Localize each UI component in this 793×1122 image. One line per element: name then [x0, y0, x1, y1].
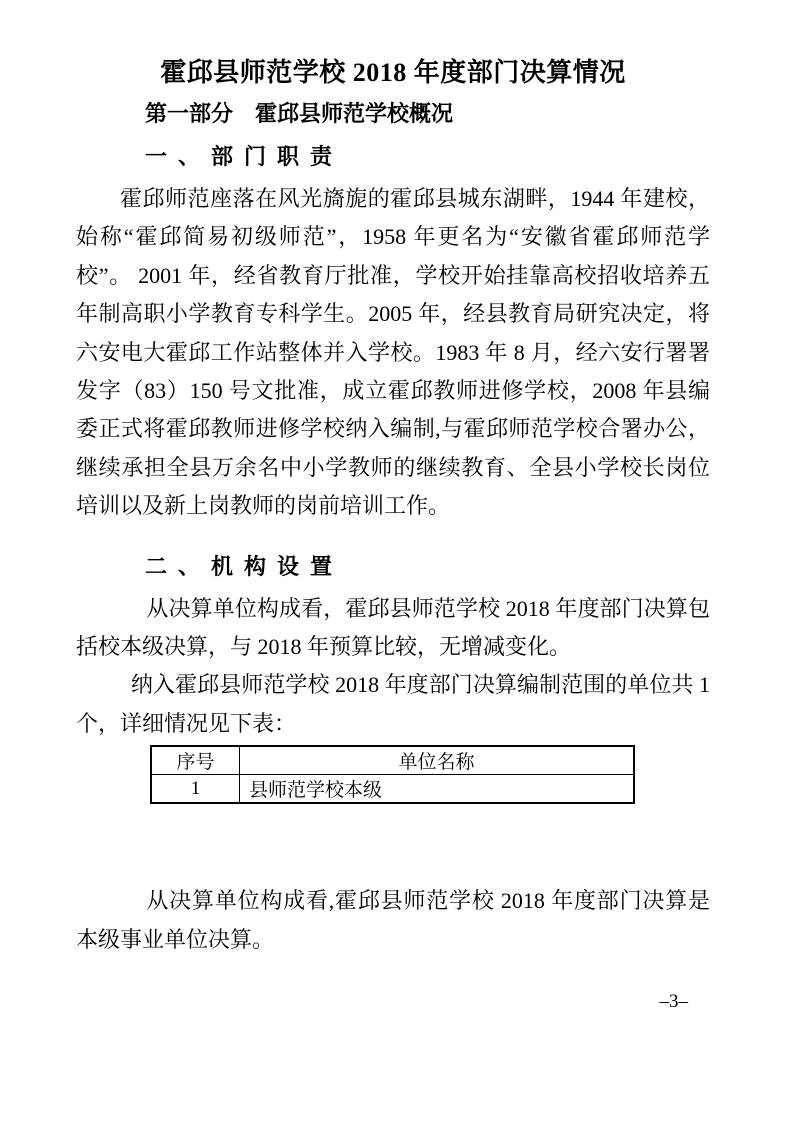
document-title: 霍邱县师范学校 2018 年度部门决算情况 — [76, 55, 710, 91]
section-duties-paragraph: 霍邱师范座落在风光旖旎的霍邱县城东湖畔，1944 年建校，始称“霍邱简易初级师范… — [76, 180, 710, 526]
table-row: 1 县师范学校本级 — [151, 775, 634, 804]
table-header-row: 序号 单位名称 — [151, 746, 634, 775]
units-table-header: 序号 单位名称 — [151, 746, 634, 775]
section-organization-heading: 二、机构设置 — [76, 554, 710, 582]
units-table-body: 1 县师范学校本级 — [151, 775, 634, 804]
section-organization-paragraph-1: 从决算单位构成看，霍邱县师范学校 2018 年度部门决算包括校本级决算，与 20… — [76, 590, 710, 667]
section-duties-heading: 一、部门职责 — [76, 144, 710, 172]
section-organization-paragraph-2: 纳入霍邱县师范学校 2018 年度部门决算编制范围的单位共 1 个，详细情况见下… — [76, 666, 710, 743]
units-table: 序号 单位名称 1 县师范学校本级 — [150, 745, 635, 804]
page-number: –3– — [76, 991, 710, 1013]
part1-heading: 第一部分 霍邱县师范学校概况 — [76, 101, 710, 129]
cell-unit-name: 县师范学校本级 — [240, 775, 635, 804]
header-cell-unit-name: 单位名称 — [240, 746, 635, 775]
header-cell-index: 序号 — [151, 746, 240, 775]
section-organization-paragraph-3: 从决算单位构成看,霍邱县师范学校 2018 年度部门决算是本级事业单位决算。 — [76, 882, 710, 959]
cell-row-index: 1 — [151, 775, 240, 804]
document-page: 霍邱县师范学校 2018 年度部门决算情况 第一部分 霍邱县师范学校概况 一、部… — [0, 0, 793, 1122]
